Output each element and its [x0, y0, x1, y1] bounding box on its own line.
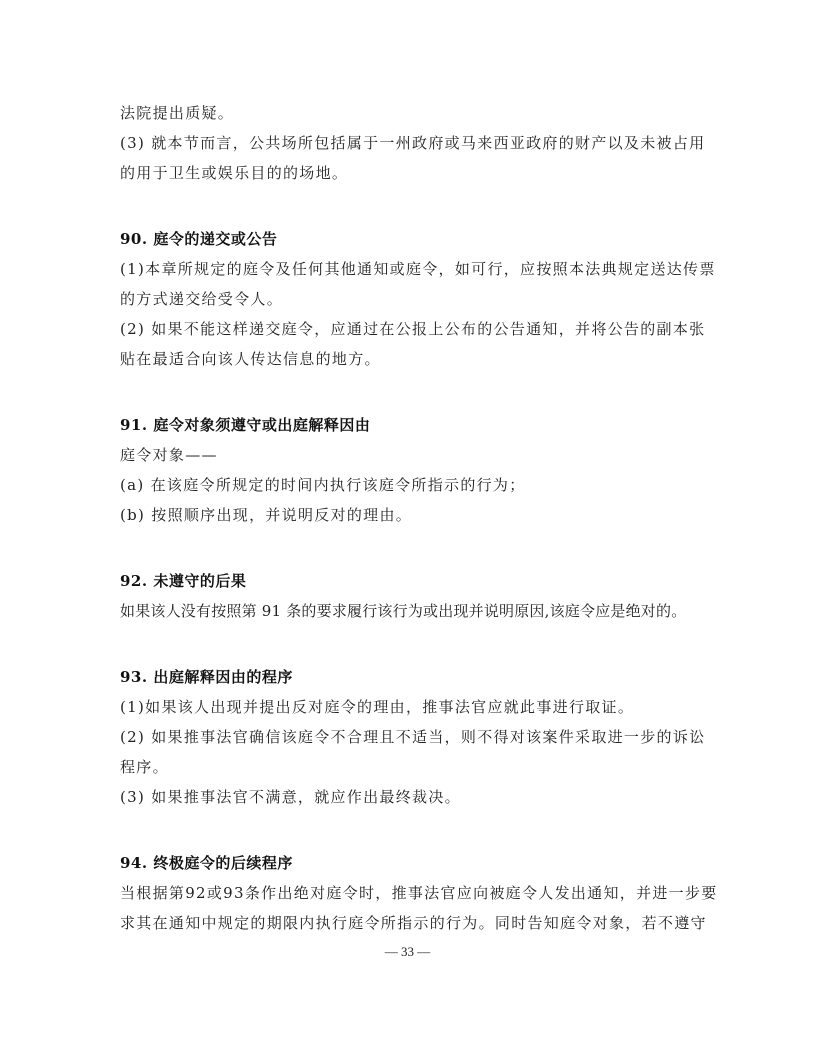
paragraph-line: (1)本章所规定的庭令及任何其他通知或庭令，如可行，应按照本法典规定送达传票: [120, 254, 700, 284]
paragraph-line: 的方式递交给受令人。: [120, 284, 700, 314]
section-heading: 92. 未遵守的后果: [120, 566, 700, 596]
section-91: 91. 庭令对象须遵守或出庭解释因由 庭令对象—— (a) 在该庭令所规定的时间…: [120, 410, 700, 530]
section-heading: 90. 庭令的递交或公告: [120, 224, 700, 254]
section-heading: 93. 出庭解释因由的程序: [120, 662, 700, 692]
paragraph-line: 当根据第92或93条作出绝对庭令时，推事法官应向被庭令人发出通知，并进一步要: [120, 878, 700, 908]
section-90: 90. 庭令的递交或公告 (1)本章所规定的庭令及任何其他通知或庭令，如可行，应…: [120, 224, 700, 374]
paragraph-line: 的用于卫生或娱乐目的的场地。: [120, 158, 700, 188]
paragraph-line: (2) 如果推事法官确信该庭令不合理且不适当，则不得对该案件采取进一步的诉讼: [120, 722, 700, 752]
intro-block: 法院提出质疑。 (3) 就本节而言，公共场所包括属于一州政府或马来西亚政府的财产…: [120, 98, 700, 188]
paragraph-line: 庭令对象——: [120, 440, 700, 470]
section-93: 93. 出庭解释因由的程序 (1)如果该人出现并提出反对庭令的理由，推事法官应就…: [120, 662, 700, 812]
paragraph-line: (3) 就本节而言，公共场所包括属于一州政府或马来西亚政府的财产以及未被占用: [120, 128, 700, 158]
paragraph-line: 求其在通知中规定的期限内执行庭令所指示的行为。同时告知庭令对象，若不遵守: [120, 908, 700, 938]
paragraph-line: 如果该人没有按照第 91 条的要求履行该行为或出现并说明原因,该庭令应是绝对的。: [120, 596, 700, 626]
section-heading: 94. 终极庭令的后续程序: [120, 848, 700, 878]
paragraph-line: 贴在最适合向该人传达信息的地方。: [120, 344, 700, 374]
paragraph-line: (b) 按照顺序出现，并说明反对的理由。: [120, 500, 700, 530]
page-number: — 33 —: [0, 944, 815, 960]
paragraph-line: (a) 在该庭令所规定的时间内执行该庭令所指示的行为；: [120, 470, 700, 500]
paragraph-line: 法院提出质疑。: [120, 98, 700, 128]
document-page: 法院提出质疑。 (3) 就本节而言，公共场所包括属于一州政府或马来西亚政府的财产…: [120, 98, 700, 938]
paragraph-line: 程序。: [120, 752, 700, 782]
paragraph-line: (1)如果该人出现并提出反对庭令的理由，推事法官应就此事进行取证。: [120, 692, 700, 722]
paragraph-line: (2) 如果不能这样递交庭令，应通过在公报上公布的公告通知，并将公告的副本张: [120, 314, 700, 344]
section-heading: 91. 庭令对象须遵守或出庭解释因由: [120, 410, 700, 440]
section-94: 94. 终极庭令的后续程序 当根据第92或93条作出绝对庭令时，推事法官应向被庭…: [120, 848, 700, 938]
section-92: 92. 未遵守的后果 如果该人没有按照第 91 条的要求履行该行为或出现并说明原…: [120, 566, 700, 626]
paragraph-line: (3) 如果推事法官不满意，就应作出最终裁决。: [120, 782, 700, 812]
